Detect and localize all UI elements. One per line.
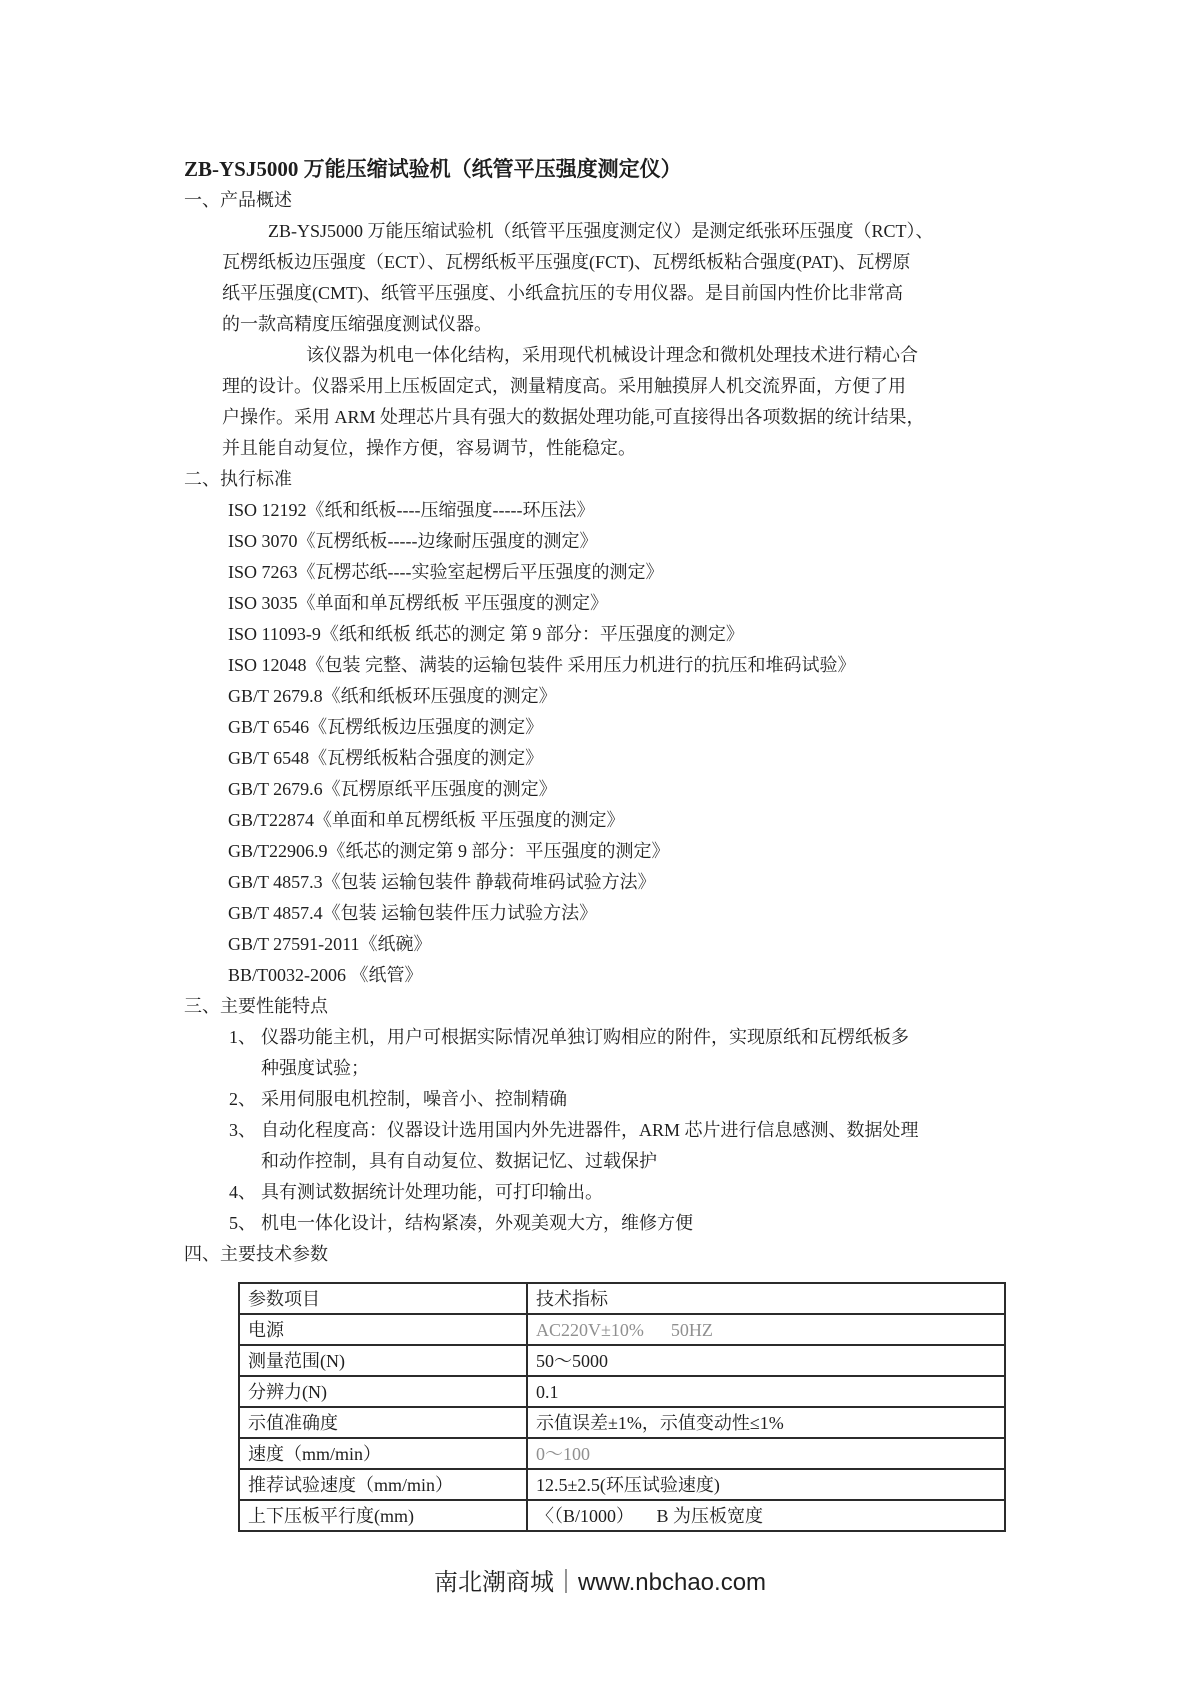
paragraph-line: 的一款高精度压缩强度测试仪器。 (222, 309, 1070, 340)
standard-item: GB/T 4857.3《包装 运输包装件 静载荷堆码试验方法》 (228, 867, 1070, 898)
param-value-cell: 12.5±2.5(环压试验速度) (527, 1469, 1005, 1500)
section-4-heading: 四、主要技术参数 (184, 1239, 1070, 1270)
table-header-row: 参数项目 技术指标 (239, 1283, 1005, 1314)
param-value-cell: AC220V±10% 50HZ (527, 1314, 1005, 1345)
param-value-cell: 示值误差±1%，示值变动性≤1% (527, 1407, 1005, 1438)
standard-item: ISO 12048《包装 完整、满装的运输包装件 采用压力机进行的抗压和堆码试验… (228, 650, 1070, 681)
standard-item: BB/T0032-2006 《纸管》 (228, 960, 1070, 991)
standard-item: ISO 7263《瓦楞芯纸----实验室起楞后平压强度的测定》 (228, 557, 1070, 588)
feature-marker: 1、 (229, 1022, 261, 1084)
paragraph-line: 理的设计。仪器采用上压板固定式，测量精度高。采用触摸屏人机交流界面，方便了用 (222, 371, 1070, 402)
paragraph-line: 户操作。采用 ARM 处理芯片具有强大的数据处理功能,可直接得出各项数据的统计结… (222, 402, 1070, 433)
paragraph-line: 该仪器为机电一体化结构，采用现代机械设计理念和微机处理技术进行精心合 (222, 340, 1070, 371)
param-header-cell: 参数项目 (239, 1283, 527, 1314)
standard-item: GB/T22874《单面和单瓦楞纸板 平压强度的测定》 (228, 805, 1070, 836)
standard-item: ISO 3035《单面和单瓦楞纸板 平压强度的测定》 (228, 588, 1070, 619)
table-row: 推荐试验速度（mm/min） 12.5±2.5(环压试验速度) (239, 1469, 1005, 1500)
table-row: 测量范围(N) 50～5000 (239, 1345, 1005, 1376)
features-list: 1、 仪器功能主机，用户可根据实际情况单独订购相应的附件，实现原纸和瓦楞纸板多 … (229, 1022, 1070, 1239)
feature-item: 4、 具有测试数据统计处理功能，可打印输出。 (229, 1177, 1070, 1208)
table-row: 电源 AC220V±10% 50HZ (239, 1314, 1005, 1345)
feature-lines: 机电一体化设计，结构紧凑，外观美观大方，维修方便 (261, 1208, 1070, 1239)
footer-text: 南北潮商城｜www.nbchao.com (434, 1569, 766, 1596)
standard-item: GB/T 27591-2011《纸碗》 (228, 929, 1070, 960)
feature-line: 和动作控制，具有自动复位、数据记忆、过载保护 (261, 1146, 1070, 1177)
feature-lines: 具有测试数据统计处理功能，可打印输出。 (261, 1177, 1070, 1208)
paragraph-2: 该仪器为机电一体化结构，采用现代机械设计理念和微机处理技术进行精心合 理的设计。… (222, 340, 1070, 464)
param-name-cell: 推荐试验速度（mm/min） (239, 1469, 527, 1500)
feature-marker: 2、 (229, 1084, 261, 1115)
params-table: 参数项目 技术指标 电源 AC220V±10% 50HZ 测量范围(N) 50～… (238, 1282, 1006, 1532)
param-value-cell: 50～5000 (527, 1345, 1005, 1376)
paragraph-1: ZB-YSJ5000 万能压缩试验机（纸管平压强度测定仪）是测定纸张环压强度（R… (222, 216, 1070, 340)
feature-line: 种强度试验； (261, 1053, 1070, 1084)
standard-item: GB/T 2679.8《纸和纸板环压强度的测定》 (228, 681, 1070, 712)
feature-line: 仪器功能主机，用户可根据实际情况单独订购相应的附件，实现原纸和瓦楞纸板多 (261, 1022, 1070, 1053)
table-row: 分辨力(N) 0.1 (239, 1376, 1005, 1407)
param-name-cell: 分辨力(N) (239, 1376, 527, 1407)
paragraph-line: 纸平压强度(CMT)、纸管平压强度、小纸盒抗压的专用仪器。是目前国内性价比非常高 (222, 278, 1070, 309)
standards-list: ISO 12192《纸和纸板----压缩强度-----环压法》 ISO 3070… (228, 495, 1070, 991)
feature-line: 采用伺服电机控制，噪音小、控制精确 (261, 1084, 1070, 1115)
feature-item: 3、 自动化程度高：仪器设计选用国内外先进器件，ARM 芯片进行信息感测、数据处… (229, 1115, 1070, 1177)
standard-item: ISO 12192《纸和纸板----压缩强度-----环压法》 (228, 495, 1070, 526)
param-name-cell: 测量范围(N) (239, 1345, 527, 1376)
param-value-cell: 〈（B/1000） B 为压板宽度 (527, 1500, 1005, 1531)
section-3-heading: 三、主要性能特点 (184, 991, 1070, 1022)
standard-item: GB/T 4857.4《包装 运输包装件压力试验方法》 (228, 898, 1070, 929)
param-name-cell: 示值准确度 (239, 1407, 527, 1438)
paragraph-line: 瓦楞纸板边压强度（ECT）、瓦楞纸板平压强度(FCT)、瓦楞纸板粘合强度(PAT… (222, 247, 1070, 278)
section-1-heading: 一、产品概述 (184, 185, 1070, 216)
feature-lines: 仪器功能主机，用户可根据实际情况单独订购相应的附件，实现原纸和瓦楞纸板多 种强度… (261, 1022, 1070, 1084)
feature-item: 1、 仪器功能主机，用户可根据实际情况单独订购相应的附件，实现原纸和瓦楞纸板多 … (229, 1022, 1070, 1084)
standard-item: ISO 3070《瓦楞纸板-----边缘耐压强度的测定》 (228, 526, 1070, 557)
feature-line: 自动化程度高：仪器设计选用国内外先进器件，ARM 芯片进行信息感测、数据处理 (261, 1115, 1070, 1146)
table-row: 速度（mm/min） 0～100 (239, 1438, 1005, 1469)
param-value-cell: 0.1 (527, 1376, 1005, 1407)
param-value-cell: 0～100 (527, 1438, 1005, 1469)
page-footer: 南北潮商城｜www.nbchao.com (0, 1562, 1200, 1597)
standard-item: GB/T 6548《瓦楞纸板粘合强度的测定》 (228, 743, 1070, 774)
doc-title: ZB-YSJ5000 万能压缩试验机（纸管平压强度测定仪） (184, 154, 1070, 185)
paragraph-line: ZB-YSJ5000 万能压缩试验机（纸管平压强度测定仪）是测定纸张环压强度（R… (222, 216, 1070, 247)
feature-lines: 自动化程度高：仪器设计选用国内外先进器件，ARM 芯片进行信息感测、数据处理 和… (261, 1115, 1070, 1177)
feature-item: 5、 机电一体化设计，结构紧凑，外观美观大方，维修方便 (229, 1208, 1070, 1239)
document-page: ZB-YSJ5000 万能压缩试验机（纸管平压强度测定仪） 一、产品概述 ZB-… (0, 0, 1200, 1697)
table-row: 示值准确度 示值误差±1%，示值变动性≤1% (239, 1407, 1005, 1438)
param-name-cell: 上下压板平行度(mm) (239, 1500, 527, 1531)
table-row: 上下压板平行度(mm) 〈（B/1000） B 为压板宽度 (239, 1500, 1005, 1531)
param-name-cell: 电源 (239, 1314, 527, 1345)
document-body: ZB-YSJ5000 万能压缩试验机（纸管平压强度测定仪） 一、产品概述 ZB-… (184, 154, 1070, 1532)
feature-line: 具有测试数据统计处理功能，可打印输出。 (261, 1177, 1070, 1208)
standard-item: ISO 11093-9《纸和纸板 纸芯的测定 第 9 部分：平压强度的测定》 (228, 619, 1070, 650)
param-name-cell: 速度（mm/min） (239, 1438, 527, 1469)
standard-item: GB/T 6546《瓦楞纸板边压强度的测定》 (228, 712, 1070, 743)
section-2-heading: 二、执行标准 (184, 464, 1070, 495)
feature-marker: 3、 (229, 1115, 261, 1177)
paragraph-line: 并且能自动复位，操作方便，容易调节，性能稳定。 (222, 433, 1070, 464)
feature-line: 机电一体化设计，结构紧凑，外观美观大方，维修方便 (261, 1208, 1070, 1239)
feature-marker: 4、 (229, 1177, 261, 1208)
standard-item: GB/T22906.9《纸芯的测定第 9 部分：平压强度的测定》 (228, 836, 1070, 867)
value-header-cell: 技术指标 (527, 1283, 1005, 1314)
feature-lines: 采用伺服电机控制，噪音小、控制精确 (261, 1084, 1070, 1115)
feature-marker: 5、 (229, 1208, 261, 1239)
standard-item: GB/T 2679.6《瓦楞原纸平压强度的测定》 (228, 774, 1070, 805)
feature-item: 2、 采用伺服电机控制，噪音小、控制精确 (229, 1084, 1070, 1115)
